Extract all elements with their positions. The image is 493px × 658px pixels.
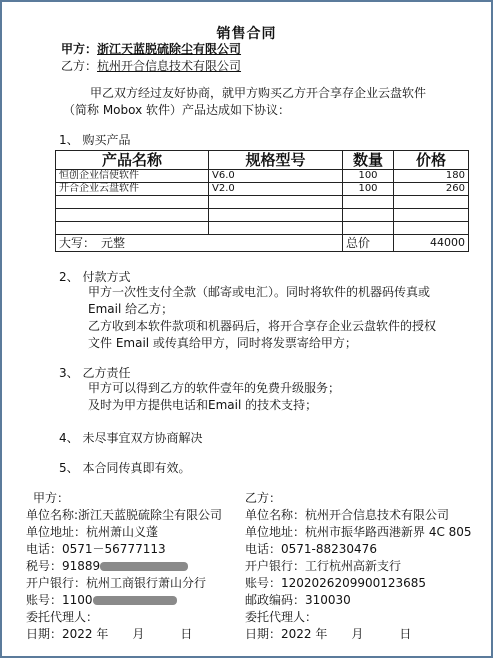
sig-b-postcode: 邮政编码：310030 (245, 592, 472, 609)
redaction-mark (100, 562, 188, 571)
sig-a-date: 日期：2022 年 月 日 (26, 626, 222, 643)
cell-spec (209, 222, 343, 235)
signature-block-party-b: 乙方： 单位名称：杭州开合信息技术有限公司 单位地址：杭州市振华路西港新界 4C… (245, 490, 472, 643)
party-b-label: 乙方： (61, 59, 97, 73)
sig-a-tax-id: 税号：91889 (26, 558, 222, 575)
sig-a-phone: 电话：0571－56777113 (26, 541, 222, 558)
party-a-label: 甲方： (61, 42, 97, 56)
cell-spec (209, 209, 343, 222)
sig-b-account: 账号：1202026209900123685 (245, 575, 472, 592)
cell-spec (209, 196, 343, 209)
section-3-body: 甲方可以得到乙方的软件壹年的免费升级服务； 及时为甲方提供电话和Email 的技… (88, 380, 340, 414)
cell-price (394, 222, 469, 235)
table-row: 开合企业云盘软件 V2.0 100 260 (56, 183, 469, 196)
cell-price (394, 196, 469, 209)
section-2-line: 乙方收到本软件款项和机器码后，将开合享存企业云盘软件的授权 (88, 318, 436, 335)
section-3-line: 甲方可以得到乙方的软件壹年的免费升级服务； (88, 380, 340, 397)
cell-quantity: 100 (343, 183, 394, 196)
header-product-name: 产品名称 (56, 151, 209, 170)
sig-a-agent: 委托代理人： (26, 609, 222, 626)
cell-quantity (343, 222, 394, 235)
cell-price (394, 209, 469, 222)
cell-quantity (343, 209, 394, 222)
sig-a-bank: 开户银行：杭州工商银行萧山分行 (26, 575, 222, 592)
table-row-empty (56, 209, 469, 222)
section-2-heading: 2、 付款方式 (59, 268, 130, 285)
section-2-body: 甲方一次性支付全款（邮寄或电汇）。同时将软件的机器码传真或 Email 给乙方；… (88, 284, 436, 352)
sig-b-bank: 开户银行：工行杭州高新支行 (245, 558, 472, 575)
party-a-name: 浙江天蓝脱硫除尘有限公司 (97, 42, 241, 56)
sig-b-agent: 委托代理人： (245, 609, 472, 626)
sig-a-heading: 甲方： (26, 490, 222, 507)
cell-product-name: 恒创企业信使软件 (56, 170, 209, 183)
section-5-heading: 5、 本合同传真即有效。 (59, 459, 190, 476)
sig-b-company: 单位名称：杭州开合信息技术有限公司 (245, 507, 472, 524)
cell-price: 260 (394, 183, 469, 196)
cell-spec: V6.0 (209, 170, 343, 183)
total-value: 44000 (394, 235, 469, 252)
signature-block-party-a: 甲方： 单位名称:浙江天蓝脱硫除尘有限公司 单位地址：杭州萧山义蓬 电话：057… (26, 490, 222, 643)
party-b-line: 乙方：杭州开合信息技术有限公司 (61, 57, 241, 74)
section-3-heading: 3、 乙方责任 (59, 364, 130, 381)
table-row-empty (56, 222, 469, 235)
sig-b-phone: 电话：0571-88230476 (245, 541, 472, 558)
sig-a-account-prefix: 账号：1100 (26, 593, 93, 607)
cell-spec: V2.0 (209, 183, 343, 196)
table-row-empty (56, 196, 469, 209)
cell-quantity (343, 196, 394, 209)
sig-b-address: 单位地址：杭州市振华路西港新界 4C 805 (245, 524, 472, 541)
section-1-heading: 1、 购买产品 (59, 131, 130, 148)
sig-a-address: 单位地址：杭州萧山义蓬 (26, 524, 222, 541)
total-in-words: 大写： 元整 (56, 235, 343, 252)
header-spec: 规格型号 (209, 151, 343, 170)
section-2-line: Email 给乙方； (88, 301, 436, 318)
sig-a-tax-id-prefix: 税号：91889 (26, 559, 100, 573)
party-a-line: 甲方：浙江天蓝脱硫除尘有限公司 (61, 40, 241, 57)
table-total-row: 大写： 元整 总价 44000 (56, 235, 469, 252)
intro-line-1: 甲乙双方经过友好协商，就甲方购买乙方开合享存企业云盘软件 (90, 84, 426, 102)
section-3-line: 及时为甲方提供电话和Email 的技术支持； (88, 397, 340, 414)
sig-a-account: 账号：1100 (26, 592, 222, 609)
cell-product-name (56, 196, 209, 209)
cell-price: 180 (394, 170, 469, 183)
table-header-row: 产品名称 规格型号 数量 价格 (56, 151, 469, 170)
cell-quantity: 100 (343, 170, 394, 183)
products-table: 产品名称 规格型号 数量 价格 恒创企业信使软件 V6.0 100 180 开合… (55, 150, 469, 252)
section-2-line: 文件 Email 或传真给甲方，同时将发票寄给甲方； (88, 335, 436, 352)
table-row: 恒创企业信使软件 V6.0 100 180 (56, 170, 469, 183)
total-label: 总价 (343, 235, 394, 252)
header-price: 价格 (394, 151, 469, 170)
sig-b-heading: 乙方： (245, 490, 472, 507)
cell-product-name (56, 209, 209, 222)
header-quantity: 数量 (343, 151, 394, 170)
sig-b-date: 日期：2022 年 月 日 (245, 626, 472, 643)
cell-product-name (56, 222, 209, 235)
redaction-mark (93, 596, 177, 605)
party-b-name: 杭州开合信息技术有限公司 (97, 59, 241, 73)
intro-line-2: （简称 Mobox 软件）产品达成如下协议： (63, 101, 290, 119)
sig-a-company: 单位名称:浙江天蓝脱硫除尘有限公司 (26, 507, 222, 524)
section-2-line: 甲方一次性支付全款（邮寄或电汇）。同时将软件的机器码传真或 (88, 284, 436, 301)
cell-product-name: 开合企业云盘软件 (56, 183, 209, 196)
section-4-heading: 4、 未尽事宜双方协商解决 (59, 429, 202, 446)
